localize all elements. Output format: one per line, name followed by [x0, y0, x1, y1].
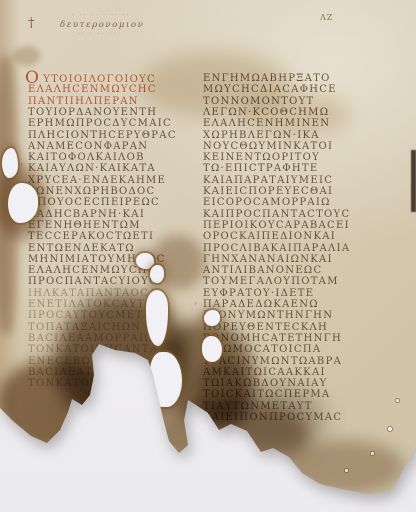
- text-line: ΠΕΡΙΟΙΚΟΥCΑΡΑΒΑCΕΙ: [203, 220, 350, 231]
- text-line: ΟΥΤΟΙΟΙΛΟΓΟΙΟΥC: [28, 73, 156, 85]
- parchment-hole: [2, 148, 18, 178]
- text-line: ΚΑΙΤΟΦΟΛΚΑΙΛΟΒ: [28, 152, 145, 163]
- text-line: ΤΙΑΥΤΩΝΜΕΤΑΥΤ: [203, 401, 313, 412]
- text-line: ΜΩΥCΗCΔΙΑCΑΦΗCΕ: [203, 84, 337, 95]
- cross-mark: †: [28, 16, 35, 31]
- faded-marginalia-top: · ·· ·· · ·· ··: [72, 12, 131, 19]
- text-line: ΤΟΙCΚΑΙΤΩCΠΕΡΜΑ: [203, 389, 330, 400]
- text-line: ΡΩΝΕΝΧΩΡΗΒΟΔΟC: [28, 186, 156, 197]
- text-line: ΚΕΙΝΕΝΤΩΟΡΙΤΟΥ: [203, 152, 320, 163]
- text-line: ΕΛΑΛΗCΕΝΜΩΥCΗC: [28, 265, 157, 276]
- manuscript-photo: † · ·· ·· · ·· ·· δευτερονομιον ·· · ·· …: [0, 0, 416, 512]
- text-line: ΕΝΕCΕΒΩΝΚΑΙΩΓ: [28, 356, 141, 367]
- text-line: ΠΑΡΑΔΕΔΩΚΑΕΝΩ: [203, 299, 319, 310]
- text-line: ΕΝΕΤΙΛΑΤΟΚCΑΥΤΩ: [28, 299, 155, 310]
- text-line: ΠΑΝΤΙΙΗΛΠΕΡΑΝ: [28, 96, 139, 107]
- text-line: ΤΟΥΙΟΡΔΑΝΟΥΕΝΤΗ: [28, 107, 157, 118]
- text-line: ΤΟΥΜΕΓΑΛΟΥΠΟΤΑΜ: [203, 276, 339, 287]
- text-line: ΕΙCΟΡΟCΑΜΟΡΡΑΙΩ: [203, 197, 331, 208]
- text-line: ΒΑCΙΛΕΑΤΗCΒΑCΑΝ: [28, 367, 157, 378]
- text-line: ΧΡΥCΕΑ·ΕΝΔΕΚΑΗΜΕ: [28, 175, 166, 186]
- text-line: ΕΝΓΗΜΩΑΒΗΡΞΑΤΟ: [203, 73, 331, 84]
- text-line: ΚΑΙΑΠΑΡΑΤΑΙΥΜΕΙC: [203, 175, 333, 186]
- text-line: ΕΛΑΛΗCΕΝΗΜΙΝΕΝ: [203, 118, 330, 129]
- text-line: ΤΟΠΑΤΑΞΑΙCΗΩΝ: [28, 322, 141, 333]
- text-line: ΧΩΡΗΒΛΕΓΩΝ·ΙΚΑ: [203, 130, 320, 141]
- text-line: ΒΑCΙΛΕΑΑΜΟΡΡΑΙΩ: [28, 333, 154, 344]
- text-line: ΠΙΟΝΥΜΩΝΤΗΝΓΗΝ: [203, 310, 333, 321]
- text-line: ΙΗΛΚΑΤΑΠΑΝΤΑΟCΑ: [28, 288, 158, 299]
- parchment-leaf: † · ·· ·· · ·· ·· δευτερονομιον ·· · ·· …: [0, 0, 416, 512]
- text-line: ΚΑΙΠΡΟCΠΑΝΤΑCΤΟΥC: [203, 209, 350, 220]
- text-line: ΕΝΤΩΕΝΔΕΚΑΤΩ: [28, 243, 135, 254]
- wormhole: [388, 427, 392, 431]
- wormhole: [371, 452, 374, 455]
- text-line: ΟΡΟCΚΑΙΠΕΔΙΟΝΚΑΙ: [203, 231, 336, 242]
- faded-marginalia-bottom: ·· · ·· ··: [78, 31, 117, 38]
- text-line: ΕΥΦΡΑΤΟΥ·ΙΔΕΤΕ: [203, 288, 314, 299]
- text-line: ΚΑΙΕΙΠΟΝΠΡΟCΥΜΑC: [203, 412, 342, 423]
- text-line: ΚΑΔΗCΒΑΡΝΗ·ΚΑΙ: [28, 209, 145, 220]
- wormhole: [396, 399, 399, 402]
- quire-mark: ΛΖ: [320, 13, 333, 22]
- text-line: ΠΛΗCΙΟΝΤΗCΕΡΥΘΡΑC: [28, 130, 177, 141]
- parchment-hole: [202, 336, 222, 362]
- text-line: ΠΟΡΕΥΘΕΝΤΕCΚΛΗ: [203, 322, 328, 333]
- text-line: ΤΡΑCΙΝΥΜΩΝΤΩΑΒΡΑ: [203, 356, 342, 367]
- text-line: ΕΛΑΛΗCΕΝΜΩΥCΗC: [28, 84, 157, 95]
- text-line: ΤΩ·ΕΠΙCΤΡΑΦΗΤΕ: [203, 163, 318, 174]
- text-line: ΡΟΝΟΜΗCΑΤΕΤΗΝΓΗ: [203, 333, 342, 344]
- wormhole: [345, 469, 348, 472]
- parchment-hole: [204, 310, 220, 326]
- text-line: ΤΕCCΕΡΑΚΟCΤΩΕΤΙ: [28, 231, 154, 242]
- text-line: ΟΠΟΥΟCΕCΠΕΙΡΕΩC: [28, 197, 160, 208]
- text-line: ΕΓΕΝΗΘΗΕΝΤΩΜ: [28, 220, 141, 231]
- text-line: ΕΡΗΜΩΠΡΟCΔΥCΜΑΙC: [28, 118, 172, 129]
- text-line: ΤΟΝΚΑΤΟΙΚΗCΑΝΤΑ: [28, 344, 158, 355]
- running-title: δευτερονομιον: [60, 20, 144, 30]
- text-line: ΠΡΟCΛΙΒΑΚΑΙΠΑΡΑΛΙΑ: [203, 243, 350, 254]
- text-line: ΑΝΤΙΛΙΒΑΝΟΝΕΩC: [203, 265, 322, 276]
- paragraph-mark-left: ›: [20, 160, 23, 169]
- text-line: ΠΡΟCΠΑΝΤΑCΥΙΟΥC: [28, 276, 158, 287]
- text-line: ΝΟΥCΘΩΥΜΙΝΚΑΤΟΙ: [203, 141, 333, 152]
- text-line: ΑΝΑΜΕCΟΝΦΑΡΑΝ: [28, 141, 148, 152]
- text-line: ΚΑΙΑΥΛΩΝ·ΚΑΙΚΑΤΑ: [28, 163, 156, 174]
- parchment-leaf-shadow: † · ·· ·· · ·· ·· δευτερονομιον ·· · ·· …: [0, 0, 416, 512]
- text-line: ΓΗΝΧΑΝΑΝΑΙΩΝΚΑΙ: [203, 254, 333, 265]
- text-line: ΚΑΙΕΙCΠΟΡΕΥΕCΘΑΙ: [203, 186, 333, 197]
- text-line: ΤΟΝΝΟΜΟΝΤΟΥΤ: [203, 96, 315, 107]
- text-line: ΑΜΚΑΙΤΩΙCΑΑΚΚΑΙ: [203, 367, 326, 378]
- text-line: ΛΕΓΩΝ·ΚCΟΘCΗΜΩ: [203, 107, 329, 118]
- paragraph-mark-right: ›: [194, 299, 197, 308]
- adjacent-page-edge: [411, 150, 416, 212]
- text-line: ΤΟΝΚΑΤΟΙΚΗCΑΝΤΑ: [28, 378, 158, 389]
- text-line: ΠΡΟCΑΥΤΟΥCΜΕΤΑ: [28, 310, 152, 321]
- parchment-hole: [150, 352, 182, 407]
- parchment-hole: [150, 265, 164, 283]
- text-line: ΤΩΙΑΚΩΒΔΟΥΝΑΙΑΥ: [203, 378, 328, 389]
